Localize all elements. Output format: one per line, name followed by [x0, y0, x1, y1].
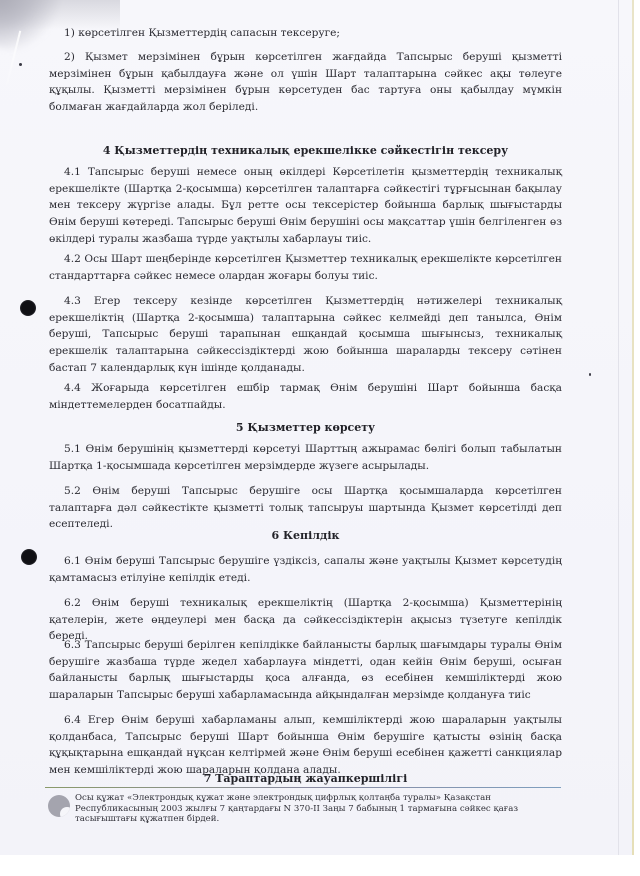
footer-legal-notice: Осы құжат «Электрондық құжат және электр… — [75, 793, 535, 825]
list-item-1: 1) көрсетілген Қызметтердің сапасын текс… — [49, 25, 562, 42]
section-7-heading: 7 Тараптардың жауапкершілігі — [49, 772, 562, 785]
paragraph-5-2: 5.2 Өнім беруші Тапсырыс берушіге осы Ша… — [49, 483, 562, 533]
scan-speck — [19, 63, 22, 66]
page-inner-edge — [618, 0, 619, 855]
scanned-page: 1) көрсетілген Қызметтердің сапасын текс… — [0, 0, 632, 855]
page-right-edge — [632, 0, 634, 855]
paragraph-6-3: 6.3 Тапсырыс беруші берілген кепілдікке … — [49, 637, 562, 704]
e-gov-seal-icon — [48, 795, 70, 817]
footer-divider — [45, 787, 561, 788]
paragraph-6-4: 6.4 Егер Өнім беруші хабарламаны алып, к… — [49, 712, 562, 779]
paragraph-6-1: 6.1 Өнім беруші Тапсырыс берушіге үздікс… — [49, 553, 562, 586]
section-5-heading: 5 Қызметтер көрсету — [49, 421, 562, 434]
paragraph-4-1: 4.1 Тапсырыс беруші немесе оның өкілдері… — [49, 164, 562, 248]
section-4-heading: 4 Қызметтердің техникалық ерекшелікке сә… — [49, 144, 562, 157]
scan-speck — [589, 373, 591, 376]
paragraph-4-2: 4.2 Осы Шарт шеңберінде көрсетілген Қызм… — [49, 251, 562, 284]
paragraph-4-4: 4.4 Жоғарыда көрсетілген ешбір тармақ Өн… — [49, 380, 562, 413]
paragraph-4-3: 4.3 Егер тексеру кезінде көрсетілген Қыз… — [49, 293, 562, 377]
punch-hole-bottom — [21, 549, 37, 565]
section-6-heading: 6 Кепілдік — [49, 529, 562, 542]
paragraph-5-1: 5.1 Өнім берушінің қызметтерді көрсетуі … — [49, 441, 562, 474]
punch-hole-top — [20, 300, 36, 316]
list-item-2: 2) Қызмет мерзімінен бұрын көрсетілген ж… — [49, 49, 562, 116]
